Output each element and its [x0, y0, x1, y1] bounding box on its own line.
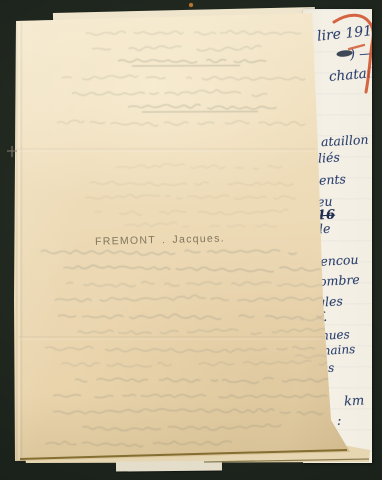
- letter-text-fragment: ataillon: [321, 134, 369, 149]
- letter-text-fragment: km: [344, 394, 365, 408]
- ink-scribble: [336, 49, 353, 57]
- letter-text-fragment: liés: [318, 151, 340, 165]
- letter-text-fragment: ents: [319, 173, 347, 187]
- archival-documents-photo: lire 1918 -) —chatailataillonliésentseu1…: [0, 0, 382, 480]
- dust-speck: [189, 3, 193, 7]
- bottom-paper-tab: [116, 460, 222, 471]
- letter-text-fragment: :: [337, 415, 341, 428]
